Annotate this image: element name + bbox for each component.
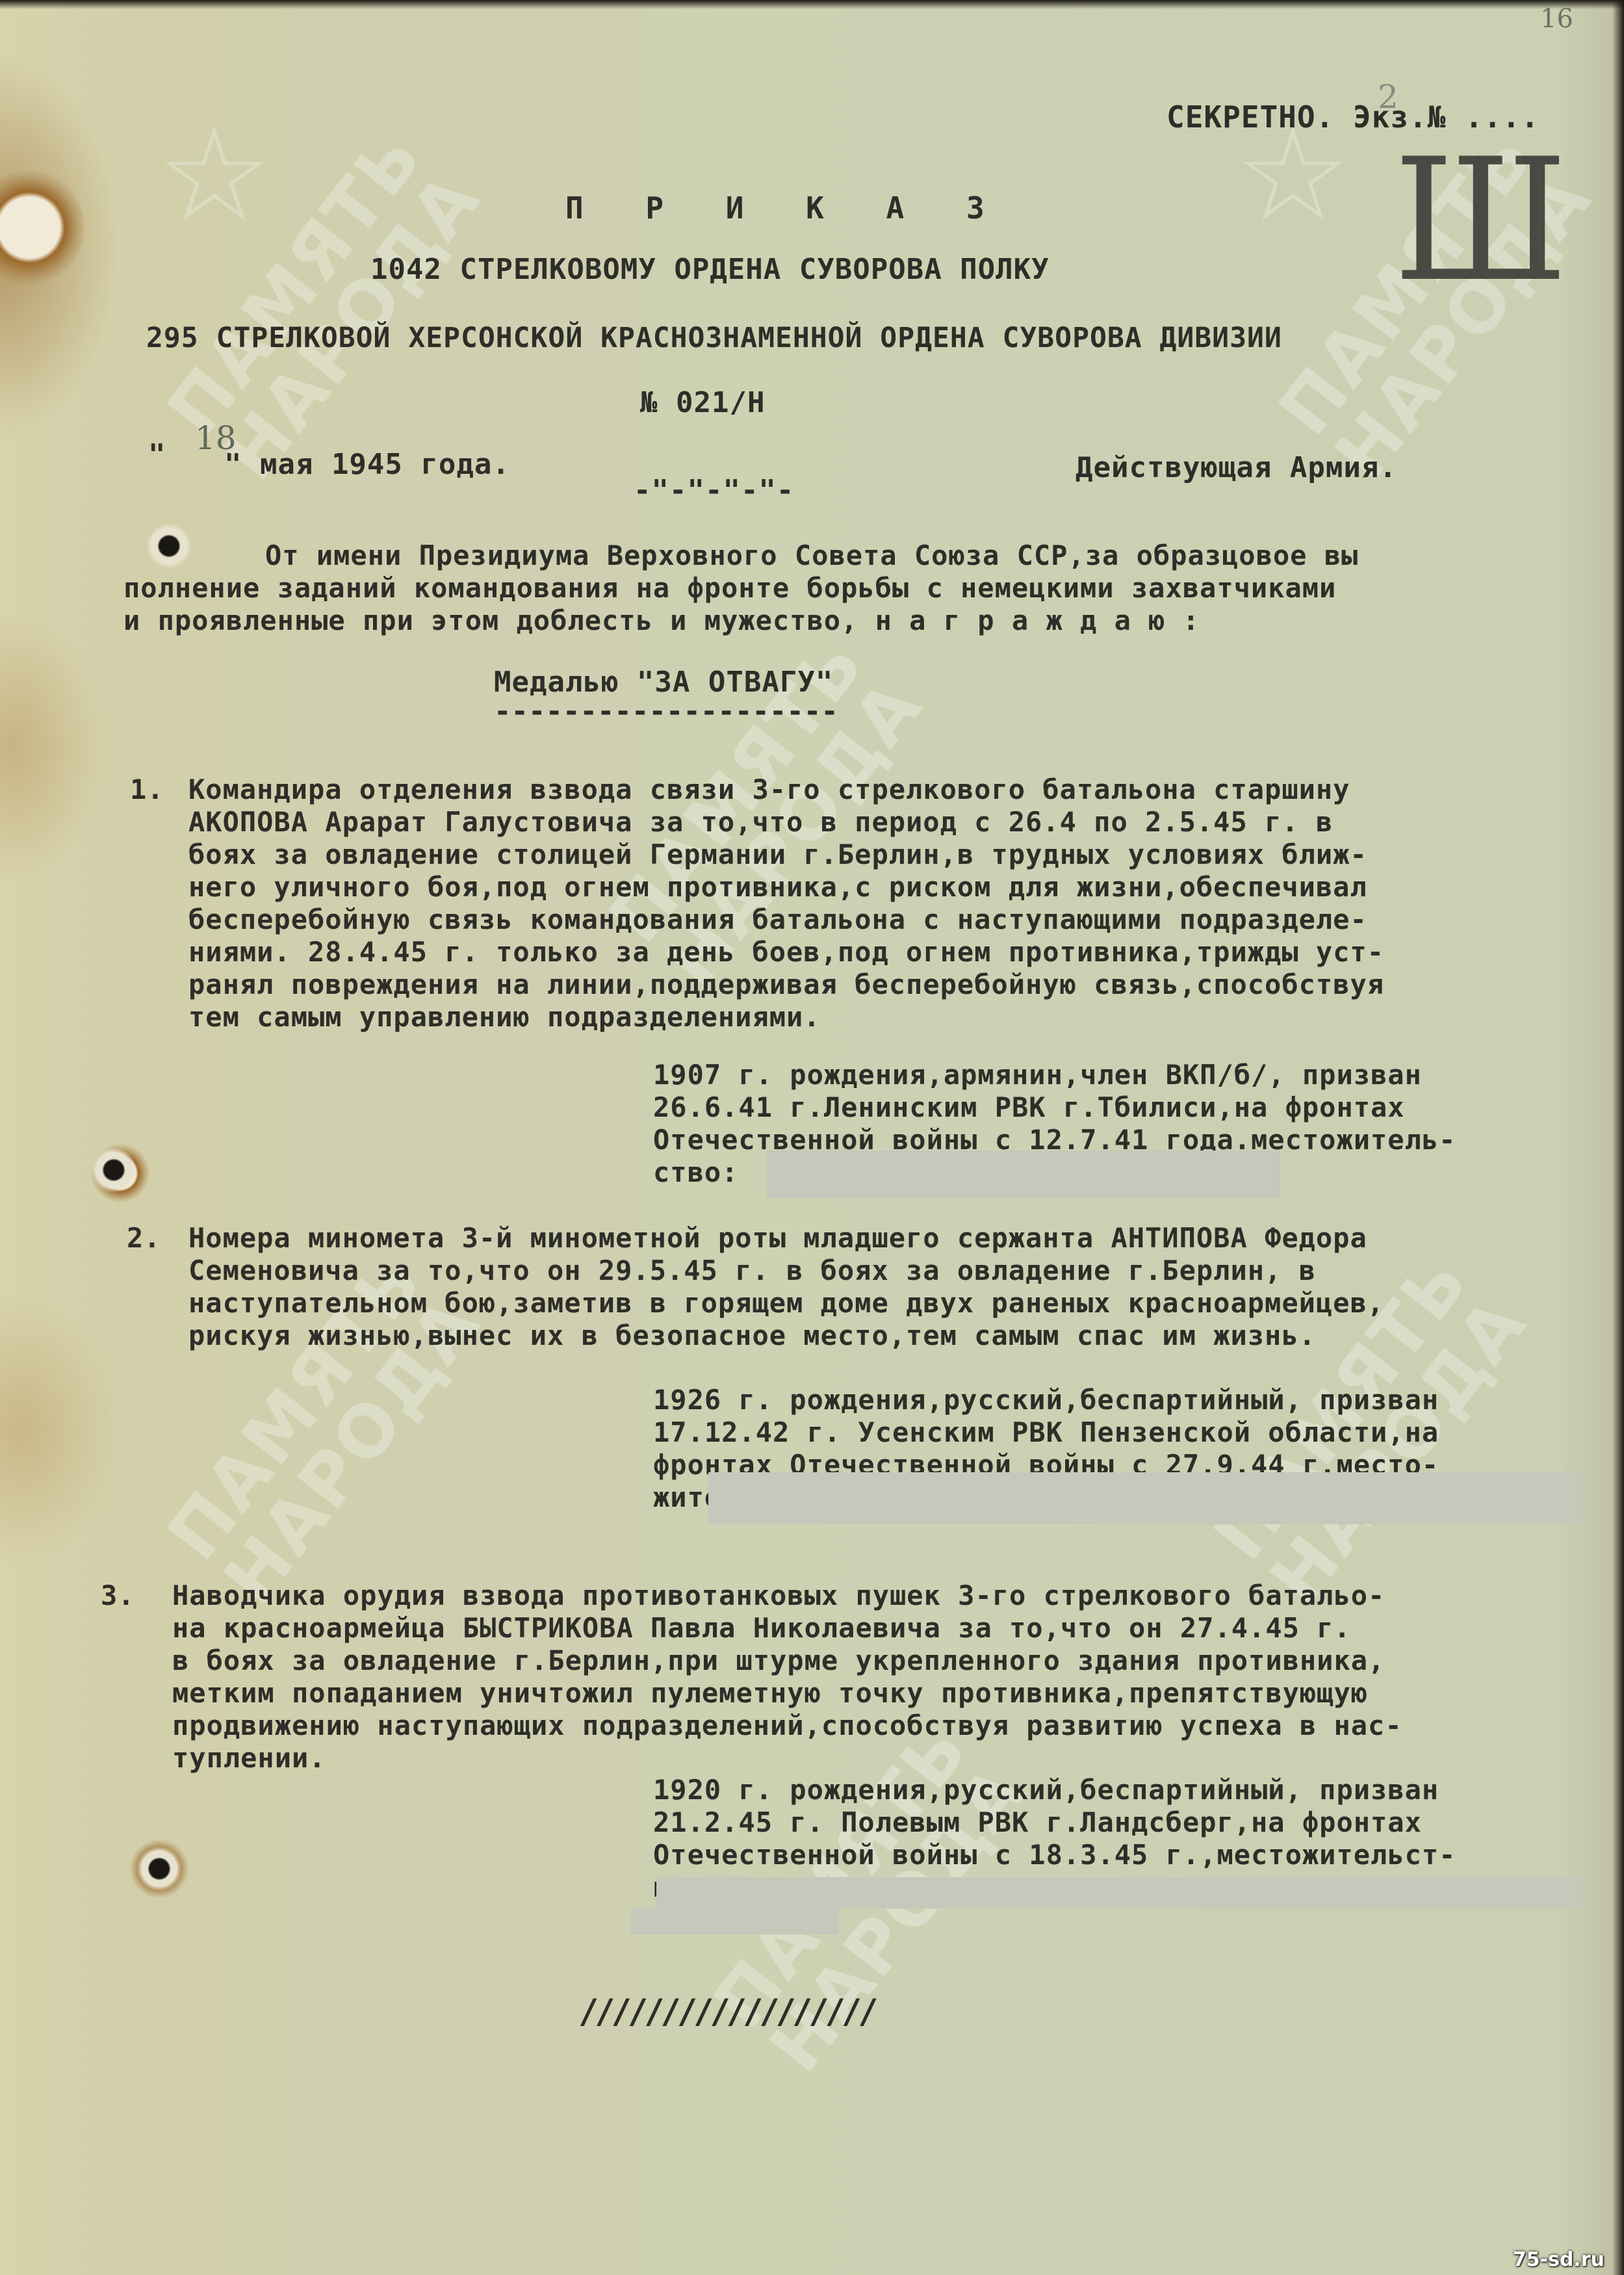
redacted-residence [767,1150,1280,1197]
bio-line: Отечественной войны с 18.3.45 г.,местожи… [653,1836,1456,1874]
scan-edge-right [1612,0,1624,2275]
redacted-residence [656,1877,1582,1908]
redacted-residence [708,1472,1582,1524]
signature-mark: Ш [1394,136,1567,305]
subtitle-regiment: 1042 СТРЕЛКОВОМУ ОРДЕНА СУВОРОВА ПОЛКУ [370,250,1050,289]
redacted-residence [630,1908,838,1934]
subtitle-division: 295 СТРЕЛКОВОЙ ХЕРСОНСКОЙ КРАСНОЗНАМЕННО… [146,318,1282,357]
separator: -"-"-"-"- [634,471,794,510]
preamble-line: и проявленные при этом доблесть и мужест… [123,601,1200,640]
date-quote-open: " [148,435,166,474]
end-mark: ////////////////// [578,1992,875,2031]
citation-line: тем самым управлению подразделениями. [188,998,821,1037]
citation-line: продвижению наступающих подразделений,сп… [172,1706,1402,1745]
burn-mark [0,169,84,286]
archive-page-number: 16 [1540,4,1573,34]
location: Действующая Армия. [1076,448,1397,487]
red-star-icon: ☆ [156,110,272,240]
punch-hole [91,1147,136,1193]
source-site-label: 75-sd.ru [1513,2248,1605,2271]
order-number: № 021/Н [640,383,765,422]
citation-line: туплении. [172,1739,326,1778]
punch-hole [136,1846,182,1891]
bio-line: ство: [653,1154,738,1191]
copy-number-handwritten: 2 [1378,78,1398,116]
date-text: " мая 1945 года. [224,445,510,484]
awardee-number: 2. [127,1219,161,1258]
awardee-number: 3. [101,1576,135,1615]
awardee-number: 1. [130,770,164,809]
page-title: П Р И К А З [565,188,1007,227]
punch-hole [146,523,192,569]
scan-edge-top [0,0,1624,9]
award-underline: -------------------- [494,692,838,731]
citation-line: рискуя жизнью,вынес их в безопасное мест… [188,1316,1316,1355]
document-page: ☆ ☆ ПАМЯТЬ НАРОДА ПАМЯТЬ НАРОДА ПАМЯТЬ Н… [0,0,1624,2275]
